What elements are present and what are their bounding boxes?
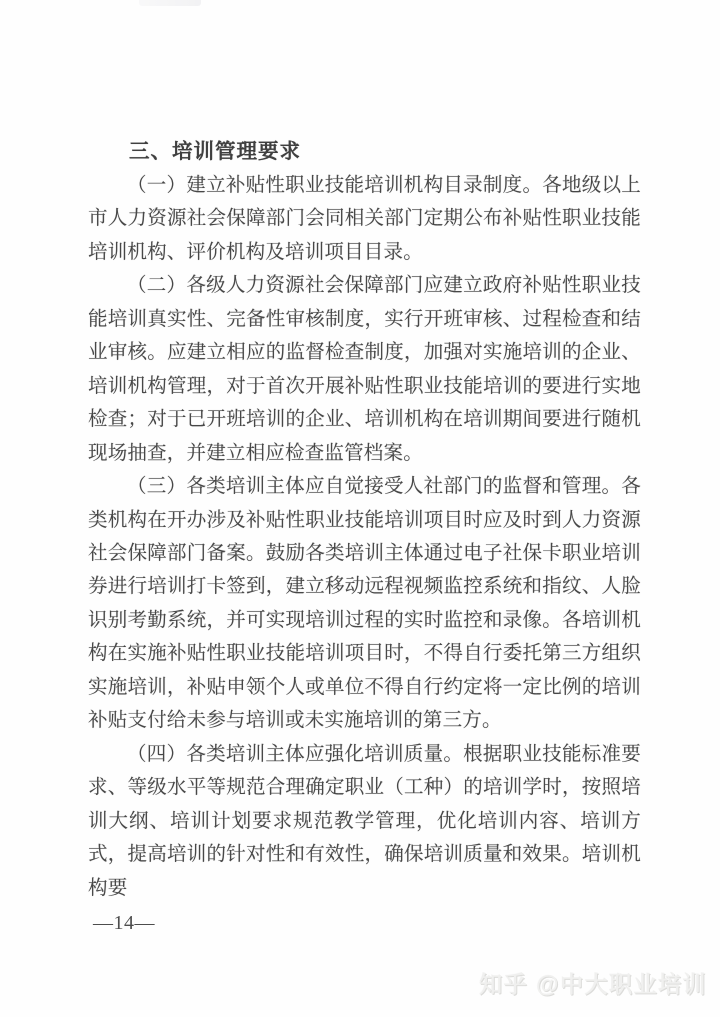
document-body: 三、培训管理要求 （一）建立补贴性职业技能培训机构目录制度。各地级以上市人力资源… (88, 134, 641, 905)
paragraph-3: （三）各类培训主体应自觉接受人社部门的监督和管理。各类机构在开办涉及补贴性职业技… (88, 470, 641, 738)
page-number: —14— (93, 912, 155, 935)
paragraph-4: （四）各类培训主体应强化培训质量。根据职业技能标准要求、等级水平等规范合理确定职… (88, 738, 641, 905)
paragraph-2: （二）各级人力资源社会保障部门应建立政府补贴性职业技能培训真实性、完备性审核制度… (88, 269, 641, 470)
zhihu-watermark: 知乎 @中大职业培训 (479, 966, 707, 999)
document-page: 三、培训管理要求 （一）建立补贴性职业技能培训机构目录制度。各地级以上市人力资源… (0, 0, 720, 1017)
section-heading: 三、培训管理要求 (88, 134, 641, 169)
paragraph-1: （一）建立补贴性职业技能培训机构目录制度。各地级以上市人力资源社会保障部门会同相… (88, 169, 641, 269)
scan-artifact (139, 0, 201, 6)
